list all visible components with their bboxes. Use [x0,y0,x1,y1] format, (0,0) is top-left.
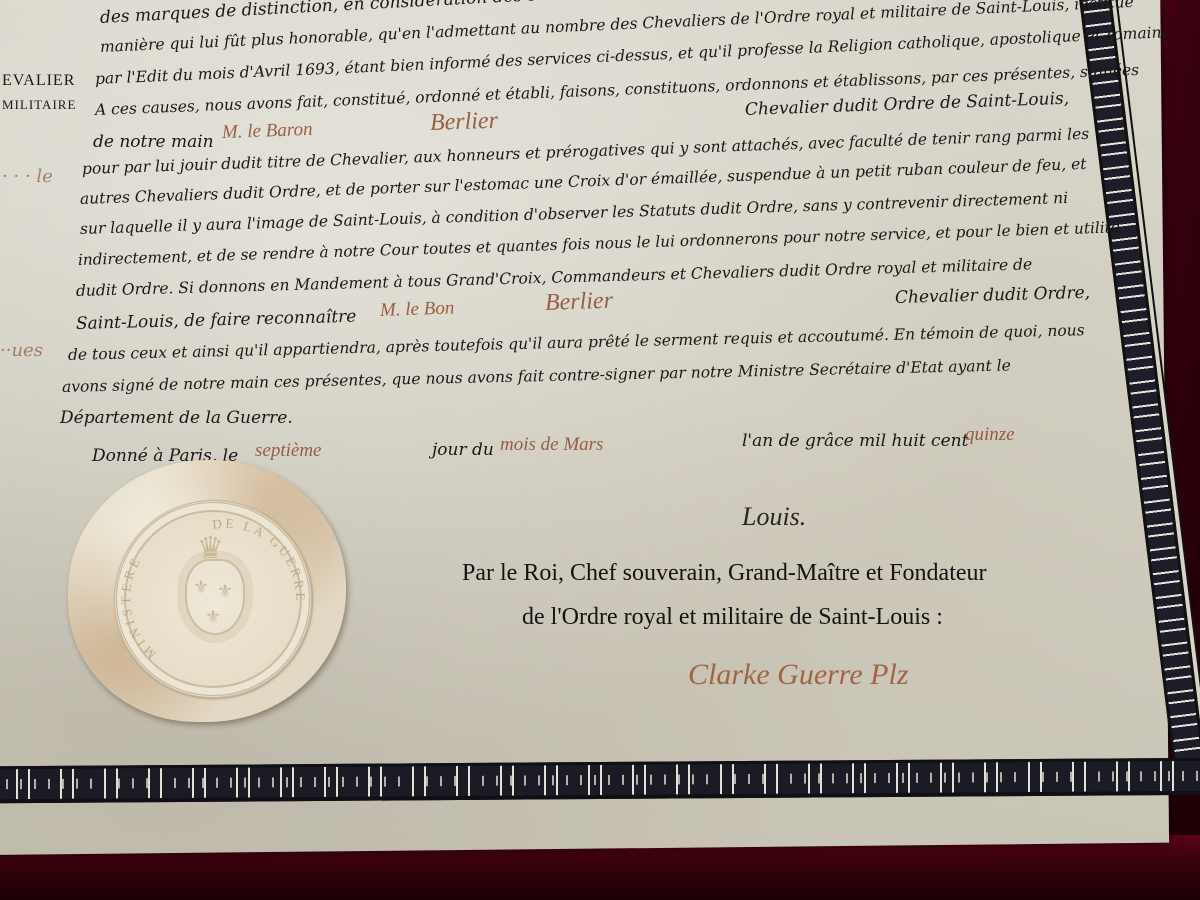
handwritten-day: septième [255,440,321,462]
seal-emboss-ring: MINISTERE DE LA GUERRE ♛ ⚜ ⚜ ⚜ [114,500,312,698]
margin-note-1: · · · le [2,166,53,187]
text-line-year-of-grace: l'an de grâce mil huit cent [742,431,968,451]
minister-countersignature: Clarke Guerre Plz [688,658,909,692]
text-line-5: de notre main [93,132,214,152]
handwritten-recipient-title-1: M. le Baron [222,119,313,144]
handwritten-recipient-name-2: Berlier [545,288,614,317]
handwritten-month: mois de Mars [500,434,603,456]
handwritten-recipient-title-2: M. le Bon [380,297,455,322]
fleur-de-lis-icon: ⚜ [217,581,233,602]
embossed-seal: MINISTERE DE LA GUERRE ♛ ⚜ ⚜ ⚜ [68,460,346,722]
svg-text:MINISTERE: MINISTERE [118,552,159,662]
text-line-day-of: jour du [432,440,494,460]
heading-fragment-militaire: MILITAIRE [2,97,76,113]
heading-fragment-chevalier: EVALIER [2,72,75,90]
margin-note-2: ··ues [0,340,43,361]
handwritten-year: quinze [965,424,1015,446]
fleur-de-lis-icon: ⚜ [193,577,209,598]
text-line-16: Département de la Guerre. [60,408,293,428]
royal-signature: Louis. [742,502,806,532]
signoff-line-2: de l'Ordre royal et militaire de Saint-L… [522,604,943,631]
signoff-line-1: Par le Roi, Chef souverain, Grand-Maître… [462,560,987,587]
handwritten-recipient-name-1: Berlier [430,108,499,137]
fleur-de-lis-icon: ⚜ [205,607,221,628]
